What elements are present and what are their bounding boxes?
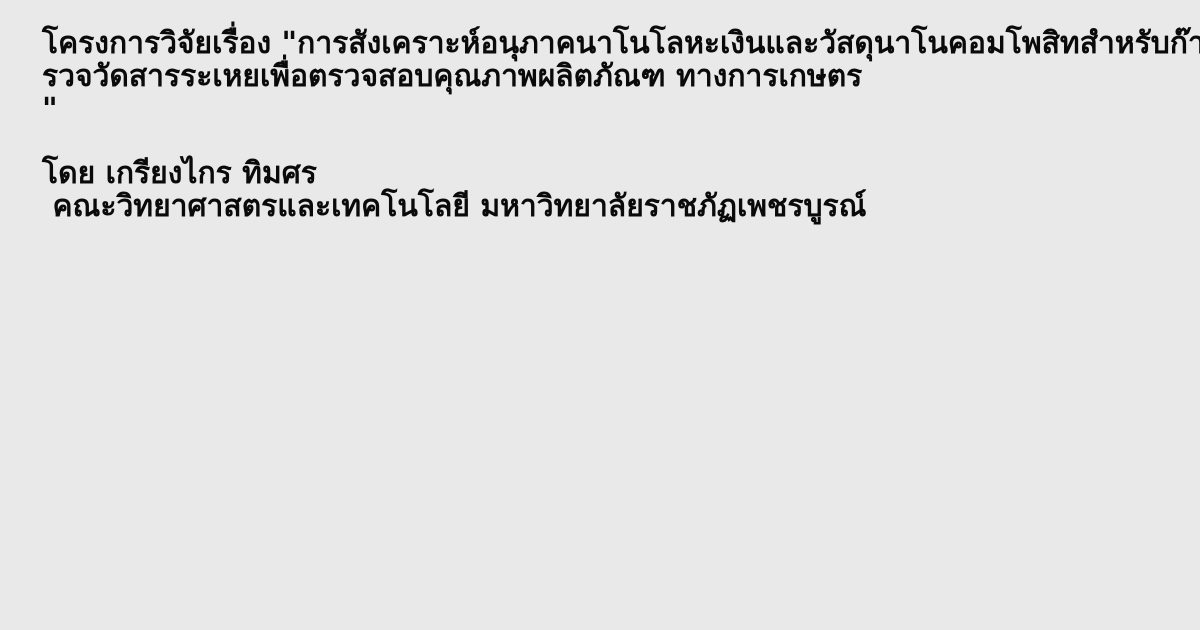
- byline: โดย เกรียงไกร ทิมศร คณะวิทยาศาสตรและเทคโ…: [42, 157, 1162, 223]
- project-title-line-2: รวจวัดสารระเหยเพื่อตรวจสอบคุณภาพผลิตภัณฑ…: [42, 60, 1162, 93]
- author-line: โดย เกรียงไกร ทิมศร: [42, 157, 1162, 190]
- affiliation-line: คณะวิทยาศาสตรและเทคโนโลยี มหาวิทยาลัยราช…: [42, 190, 1162, 223]
- project-title-line-1: โครงการวิจัยเรื่อง "การสังเคราะห์อนุภาคน…: [42, 27, 1162, 60]
- research-project-card: โครงการวิจัยเรื่อง "การสังเคราะห์อนุภาคน…: [0, 0, 1200, 630]
- project-title-closing-quote: ": [42, 93, 1162, 126]
- project-title: โครงการวิจัยเรื่อง "การสังเคราะห์อนุภาคน…: [42, 27, 1162, 126]
